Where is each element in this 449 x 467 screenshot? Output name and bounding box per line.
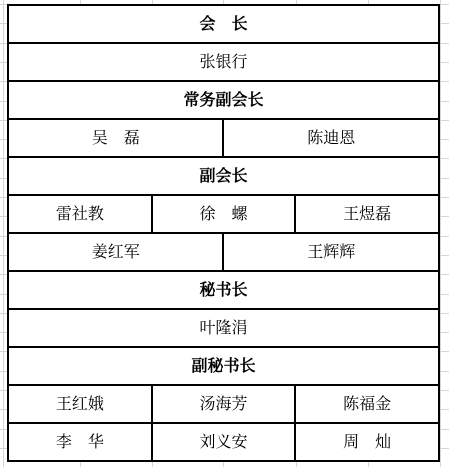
table-row: 雷社教徐 螺王煜磊 xyxy=(8,195,439,233)
person-name-cell[interactable]: 张银行 xyxy=(8,43,439,81)
position-title-cell[interactable]: 副会长 xyxy=(8,157,439,195)
table-row: 王红娥汤海芳陈福金 xyxy=(8,385,439,423)
table-row: 秘书长 xyxy=(8,271,439,309)
org-table: 会 长张银行常务副会长吴 磊陈迪恩副会长雷社教徐 螺王煜磊姜红军王辉辉秘书长叶隆… xyxy=(7,4,440,462)
person-name-cell[interactable]: 姜红军 xyxy=(8,233,223,271)
position-title-cell[interactable]: 会 长 xyxy=(8,5,439,43)
org-table-body: 会 长张银行常务副会长吴 磊陈迪恩副会长雷社教徐 螺王煜磊姜红军王辉辉秘书长叶隆… xyxy=(8,5,439,461)
position-title-cell[interactable]: 副秘书长 xyxy=(8,347,439,385)
person-name-cell[interactable]: 王辉辉 xyxy=(223,233,439,271)
person-name-cell[interactable]: 叶隆涓 xyxy=(8,309,439,347)
table-row: 吴 磊陈迪恩 xyxy=(8,119,439,157)
person-name-cell[interactable]: 刘义安 xyxy=(152,423,296,461)
table-row: 会 长 xyxy=(8,5,439,43)
person-name-cell[interactable]: 王煜磊 xyxy=(295,195,439,233)
person-name-cell[interactable]: 王红娥 xyxy=(8,385,152,423)
table-row: 副会长 xyxy=(8,157,439,195)
person-name-cell[interactable]: 吴 磊 xyxy=(8,119,223,157)
table-row: 常务副会长 xyxy=(8,81,439,119)
person-name-cell[interactable]: 雷社教 xyxy=(8,195,152,233)
table-row: 姜红军王辉辉 xyxy=(8,233,439,271)
person-name-cell[interactable]: 汤海芳 xyxy=(152,385,296,423)
person-name-cell[interactable]: 陈迪恩 xyxy=(223,119,439,157)
table-row: 李 华刘义安周 灿 xyxy=(8,423,439,461)
spreadsheet-canvas: 会 长张银行常务副会长吴 磊陈迪恩副会长雷社教徐 螺王煜磊姜红军王辉辉秘书长叶隆… xyxy=(0,0,449,467)
table-row: 张银行 xyxy=(8,43,439,81)
person-name-cell[interactable]: 李 华 xyxy=(8,423,152,461)
table-row: 副秘书长 xyxy=(8,347,439,385)
person-name-cell[interactable]: 徐 螺 xyxy=(152,195,296,233)
column-gridline xyxy=(440,0,441,467)
position-title-cell[interactable]: 秘书长 xyxy=(8,271,439,309)
position-title-cell[interactable]: 常务副会长 xyxy=(8,81,439,119)
person-name-cell[interactable]: 周 灿 xyxy=(295,423,439,461)
table-row: 叶隆涓 xyxy=(8,309,439,347)
column-gridline xyxy=(3,0,4,467)
person-name-cell[interactable]: 陈福金 xyxy=(295,385,439,423)
